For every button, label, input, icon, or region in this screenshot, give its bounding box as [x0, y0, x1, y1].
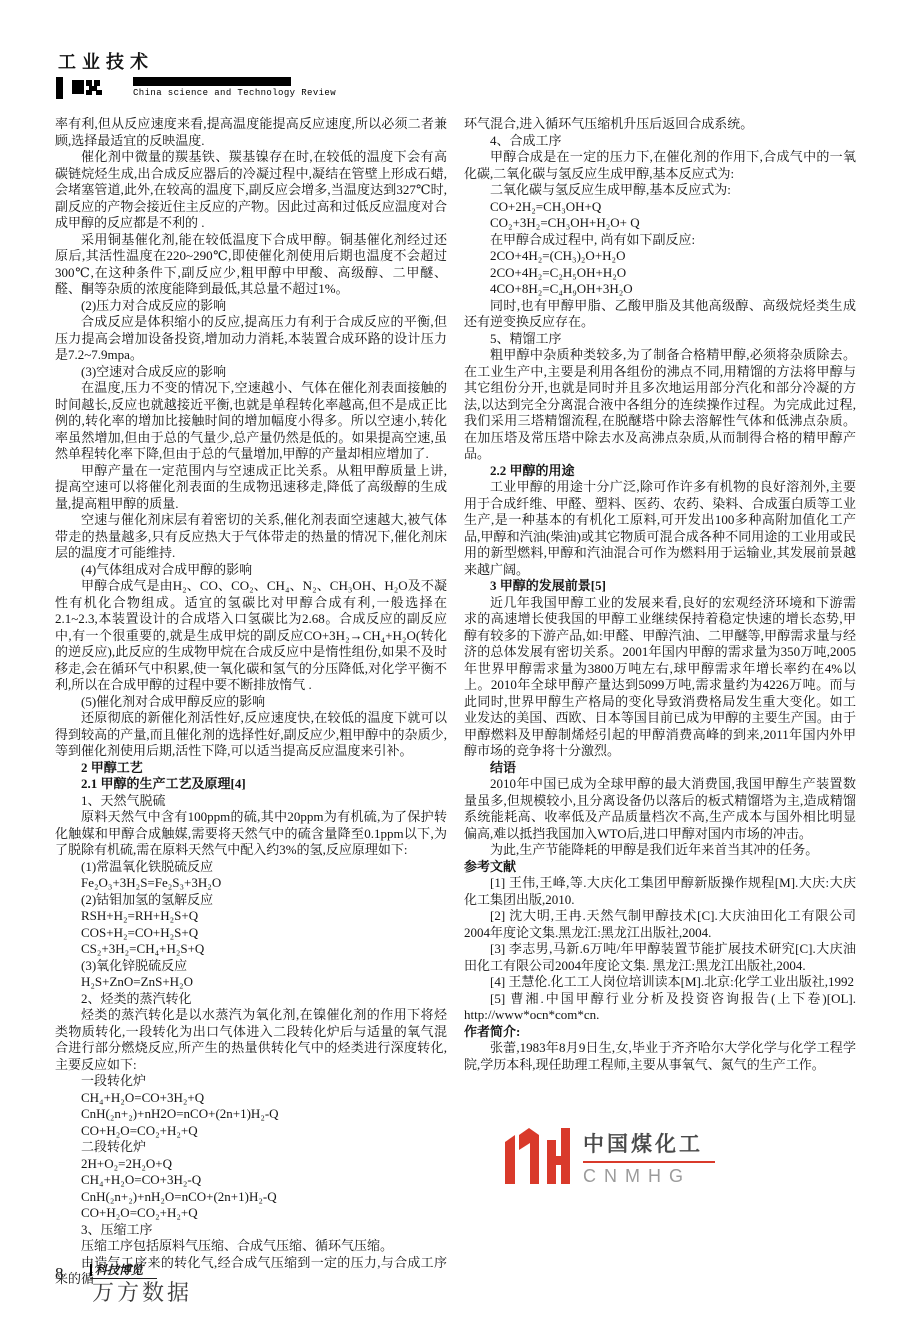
formula-line: H₂S+ZnO=ZnS+H₂O: [55, 974, 447, 991]
paragraph: 原料天然气中含有100ppm的硫,其中20ppm为有机硫,为了保护转化触媒和甲醇…: [55, 809, 447, 859]
paragraph: 压缩工序包括原料气压缩、合成气压缩、循环气压缩。: [55, 1238, 447, 1255]
paragraph: 二氧化碳与氢反应生成甲醇,基本反应式为:: [464, 182, 856, 199]
paragraph: (5)催化剂对合成甲醇反应的影响: [55, 694, 447, 711]
paragraph: 2、烃类的蒸汽转化: [55, 991, 447, 1008]
journal-logo-mark: [56, 76, 112, 100]
paragraph: 率有利,但从反应速度来看,提高温度能提高反应速度,所以必须二者兼顾,选择最适宜的…: [55, 116, 447, 149]
cnmhg-logo-mark-icon: [505, 1126, 571, 1191]
paragraph: [5] 曹湘.中国甲醇行业分析及投资咨询报告(上下卷)[OL]. http://…: [464, 991, 856, 1024]
paragraph: 催化剂中微量的羰基铁、羰基镍存在时,在较低的温度下会有高碳链烷烃生成,出合成反应…: [55, 149, 447, 232]
formula-line: 4CO+8H₂=C₄H₉OH+3H₂O: [464, 281, 856, 298]
paragraph: (2)钴钼加氢的氢解反应: [55, 892, 447, 909]
formula-line: Fe₂O₃+3H₂S=Fe₂S₃+3H₂O: [55, 875, 447, 892]
header-black-bar: [133, 77, 291, 86]
right-column: 环气混合,进入循环气压缩机升压后返回合成系统。4、合成工序甲醇合成是在一定的压力…: [464, 116, 856, 1288]
cnmhg-brand-logo: 中国煤化工 CNMHG: [505, 1126, 745, 1190]
paragraph: 张蕾,1983年8月9日生,女,毕业于齐齐哈尔大学化学与化学工程学院,学历本科,…: [464, 1040, 856, 1073]
paragraph: 甲醇合成气是由H₂、CO、CO₂、CH₄、N₂、CH₃OH、H₂O及不凝性有机化…: [55, 578, 447, 694]
formula-line: CH₄+H₂O=CO+3H₂+Q: [55, 1090, 447, 1107]
paragraph: 空速与催化剂床层有着密切的关系,催化剂表面空速越大,被气体带走的热量越多,只有反…: [55, 512, 447, 562]
paragraph: 2010年中国已成为全球甲醇的最大消费国,我国甲醇生产装置数量虽多,但规模较小,…: [464, 776, 856, 842]
paragraph: [2] 沈大明,王冉.天然气制甲醇技术[C].大庆油田化工有限公司2004年度论…: [464, 908, 856, 941]
paragraph: 合成反应是体积缩小的反应,提高压力有利于合成反应的平衡,但压力提高会增加设备投资…: [55, 314, 447, 364]
section-heading: 2.2 甲醇的用途: [464, 463, 856, 480]
paragraph: 1、天然气脱硫: [55, 793, 447, 810]
wanfang-data-watermark: 万方数据: [92, 1276, 192, 1307]
left-column: 率有利,但从反应速度来看,提高温度能提高反应速度,所以必须二者兼顾,选择最适宜的…: [55, 116, 447, 1288]
paragraph: 5、精馏工序: [464, 331, 856, 348]
brand-red-rule: [583, 1161, 715, 1163]
paragraph: 在甲醇合成过程中, 尚有如下副反应:: [464, 232, 856, 249]
formula-line: CH₄+H₂O=CO+3H₂-Q: [55, 1172, 447, 1189]
formula-line: CO+2H₂=CH₃OH+Q: [464, 199, 856, 216]
paragraph: 甲醇合成是在一定的压力下,在催化剂的作用下,合成气中的一氧化碳,二氧化碳与氢反应…: [464, 149, 856, 182]
paragraph: 近几年我国甲醇工业的发展来看,良好的宏观经济环境和下游需求的高速增长使我国的甲醇…: [464, 595, 856, 760]
formula-line: CnH(₂n+₂)+nH2O=nCO+(2n+1)H₂-Q: [55, 1106, 447, 1123]
section-heading: 结语: [464, 760, 856, 777]
paragraph: 为此,生产节能降耗的甲醇是我们近年来首当其冲的任务。: [464, 842, 856, 859]
paragraph: 一段转化炉: [55, 1073, 447, 1090]
formula-line: 2H+O₂=2H₂O+Q: [55, 1156, 447, 1173]
formula-line: CnH(₂n+₂)+nH₂O=nCO+(2n+1)H₂-Q: [55, 1189, 447, 1206]
section-heading: 3 甲醇的发展前景[5]: [464, 578, 856, 595]
formula-line: CO₂+3H₂=CH₃OH+H₂O+ Q: [464, 215, 856, 232]
formula-line: COS+H₂=CO+H₂S+Q: [55, 925, 447, 942]
formula-line: CO+H₂O=CO₂+H₂+Q: [55, 1123, 447, 1140]
section-heading: 参考文献: [464, 859, 856, 876]
cnmhg-brand-text: 中国煤化工 CNMHG: [583, 1126, 715, 1187]
paragraph: 二段转化炉: [55, 1139, 447, 1156]
section-heading: 作者简介:: [464, 1024, 856, 1041]
paragraph: 采用铜基催化剂,能在较低温度下合成甲醇。铜基催化剂经过还原后,其活性温度在220…: [55, 232, 447, 298]
paragraph: 在温度,压力不变的情况下,空速越小、气体在催化剂表面接触的时间越长,反应也就越接…: [55, 380, 447, 463]
section-heading: 2.1 甲醇的生产工艺及原理[4]: [55, 776, 447, 793]
paragraph: [4] 王慧伦.化工工人岗位培训读本[M].北京:化学工业出版社,1992: [464, 974, 856, 991]
page-number: 8: [55, 1264, 64, 1284]
formula-line: RSH+H₂=RH+H₂S+Q: [55, 908, 447, 925]
formula-line: CO+H₂O=CO₂+H₂+Q: [55, 1205, 447, 1222]
formula-line: 2CO+4H₂=C₂H₅OH+H₂O: [464, 265, 856, 282]
section-heading: 2 甲醇工艺: [55, 760, 447, 777]
footer-bar-icon: [90, 1264, 92, 1276]
journal-name-english: China science and Technology Review: [133, 88, 336, 98]
paragraph: 还原彻底的新催化剂活性好,反应速度快,在较低的温度下就可以得到较高的产量,而且催…: [55, 710, 447, 760]
paragraph: [1] 王伟,王峰,等.大庆化工集团甲醇新版操作规程[M].大庆:大庆化工集团出…: [464, 875, 856, 908]
paragraph: (4)气体组成对合成甲醇的影响: [55, 562, 447, 579]
article-body: 率有利,但从反应速度来看,提高温度能提高反应速度,所以必须二者兼顾,选择最适宜的…: [55, 116, 856, 1288]
paragraph: 甲醇产量在一定范围内与空速成正比关系。从粗甲醇质量上讲,提高空速可以将催化剂表面…: [55, 463, 447, 513]
section-category-label: 工业技术: [58, 48, 154, 74]
journal-page: { "header": { "category": "工业技术", "journ…: [0, 0, 904, 1320]
paragraph: (1)常温氧化铁脱硫反应: [55, 859, 447, 876]
paragraph: (3)氧化锌脱硫反应: [55, 958, 447, 975]
paragraph: 工业甲醇的用途十分广泛,除可作许多有机物的良好溶剂外,主要用于合成纤维、甲醛、塑…: [464, 479, 856, 578]
formula-line: CS₂+3H₂=CH₄+H₂S+Q: [55, 941, 447, 958]
paragraph: 烃类的蒸汽转化是以水蒸汽为氧化剂,在镍催化剂的作用下将烃类物质转化,一段转化为出…: [55, 1007, 447, 1073]
formula-line: 2CO+4H₂=(CH₃)₂O+H₂O: [464, 248, 856, 265]
brand-name-chinese: 中国煤化工: [583, 1128, 715, 1158]
brand-name-english: CNMHG: [583, 1166, 715, 1187]
paragraph: (3)空速对合成反应的影响: [55, 364, 447, 381]
paragraph: 同时,也有甲醇甲脂、乙酸甲脂及其他高级醇、高级烷烃类生成还有逆变换反应存在。: [464, 298, 856, 331]
paragraph: 环气混合,进入循环气压缩机升压后返回合成系统。: [464, 116, 856, 133]
paragraph: (2)压力对合成反应的影响: [55, 298, 447, 315]
paragraph: 3、压缩工序: [55, 1222, 447, 1239]
paragraph: 4、合成工序: [464, 133, 856, 150]
paragraph: 粗甲醇中杂质种类较多,为了制备合格精甲醇,必须将杂质除去。在工业生产中,主要是利…: [464, 347, 856, 463]
paragraph: [3] 李志男,马新.6万吨/年甲醇装置节能扩展技术研究[C].大庆油田化工有限…: [464, 941, 856, 974]
journal-name-chinese: 科技博览: [95, 1263, 143, 1277]
